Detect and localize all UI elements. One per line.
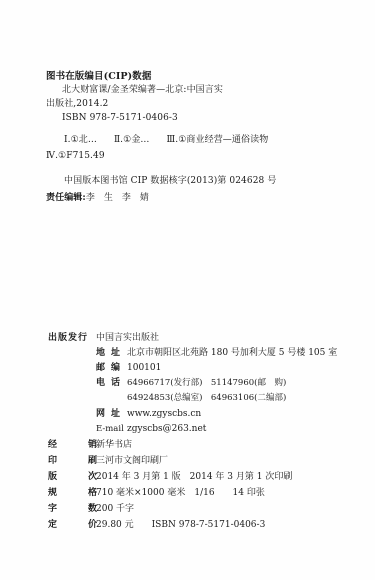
address-value: 北京市朝阳区北苑路 180 号加利大厦 5 号楼 105 室 bbox=[127, 348, 337, 359]
word-count-value: 200 千字 bbox=[96, 504, 134, 515]
cip-isbn: ISBN 978-7-5171-0406-3 bbox=[62, 113, 178, 124]
edition-value: 2014 年 3 月第 1 版 2014 年 3 月第 1 次印刷 bbox=[96, 472, 292, 483]
website-value: www.zgyscbs.cn bbox=[127, 409, 201, 420]
price-value: 29.80 元 ISBN 978-7-5171-0406-3 bbox=[96, 520, 265, 531]
cip-library-record: 中国版本图书馆 CIP 数据核字(2013)第 024628 号 bbox=[64, 176, 276, 187]
editor-names: 李生李婧 bbox=[86, 193, 158, 203]
publisher-name: 中国言实出版社 bbox=[96, 333, 159, 344]
postcode-value: 100101 bbox=[127, 363, 161, 374]
cip-classification: Ⅳ.①F715.49 bbox=[46, 151, 105, 162]
phone-label: 电话 bbox=[96, 378, 126, 389]
copyright-page: 图书在版编目(CIP)数据 北大财富课/金圣荣编著—北京:中国言实 出版社,20… bbox=[0, 0, 375, 580]
phone-value-1: 64966717(发行部) 51147960(邮 购) bbox=[127, 378, 286, 389]
cip-subject-2: Ⅱ.①金… bbox=[114, 135, 150, 145]
address-label: 地址 bbox=[96, 348, 126, 359]
cip-heading: 图书在版编目(CIP)数据 bbox=[46, 71, 151, 82]
cip-subject-1: Ⅰ.①北… bbox=[64, 135, 97, 145]
cip-title-author: 北大财富课/金圣荣编著—北京:中国言实 bbox=[62, 85, 223, 96]
distributor-value: 新华书店 bbox=[96, 440, 132, 451]
publisher-label: 出版发行 bbox=[48, 333, 88, 344]
cip-publisher-date: 出版社,2014.2 bbox=[46, 99, 108, 110]
email-label: E-mail bbox=[96, 424, 124, 435]
cip-subjects: Ⅰ.①北… Ⅱ.①金… Ⅲ.①商业经营—通俗读物 bbox=[64, 135, 268, 146]
phone-value-2: 64924853(总编室) 64963106(二编部) bbox=[127, 393, 286, 404]
format-value: 710 毫米×1000 毫米 1/16 14 印张 bbox=[96, 488, 265, 499]
editor-label: 责任编辑: bbox=[46, 193, 86, 203]
printer-value: 三河市文阁印刷厂 bbox=[96, 456, 168, 467]
email-value: zgyscbs@263.net bbox=[127, 424, 206, 435]
responsible-editor: 责任编辑:李生李婧 bbox=[46, 193, 158, 204]
postcode-label: 邮编 bbox=[96, 363, 126, 374]
cip-subject-3: Ⅲ.①商业经营—通俗读物 bbox=[166, 135, 268, 145]
website-label: 网址 bbox=[96, 409, 126, 420]
